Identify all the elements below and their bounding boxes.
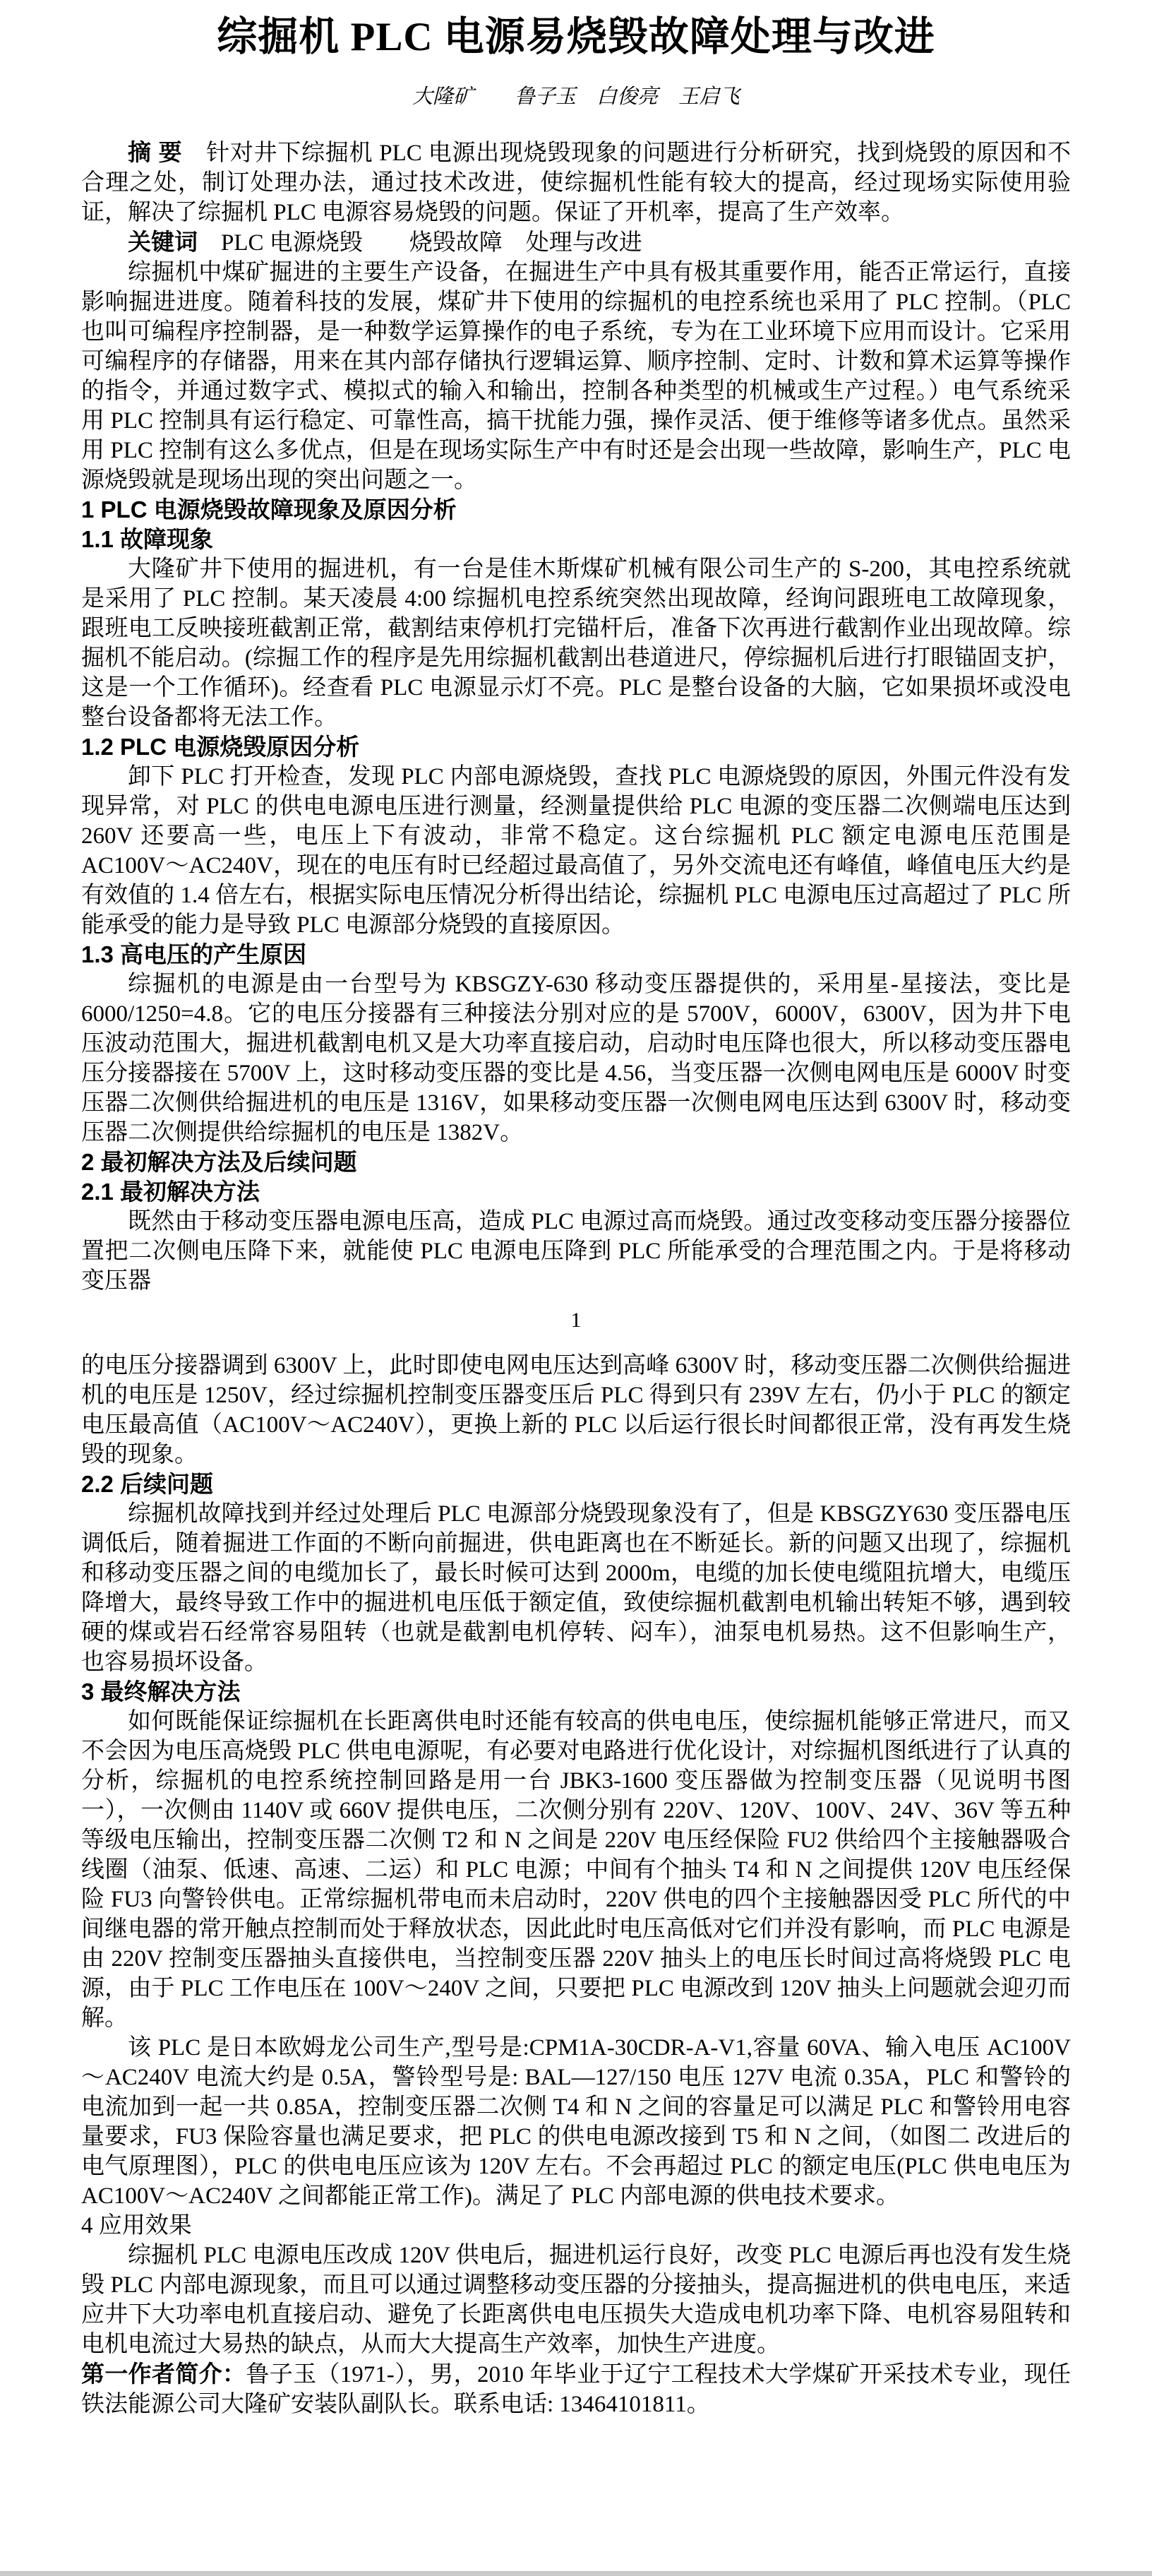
keywords-paragraph: 关键词 PLC 电源烧毁 烧毁故障 处理与改进 bbox=[81, 227, 1071, 258]
section-2-2-heading: 2.2 后续问题 bbox=[81, 1469, 1071, 1499]
section-2-1-paragraph-b: 的电压分接器调到 6300V 上，此时即使电网电压达到高峰 6300V 时，移动… bbox=[81, 1351, 1071, 1469]
abstract-paragraph: 摘 要 针对井下综掘机 PLC 电源出现烧毁现象的问题进行分析研究，找到烧毁的原… bbox=[81, 138, 1071, 227]
section-2-2-paragraph: 综掘机故障找到并经过处理后 PLC 电源部分烧毁现象没有了，但是 KBSGZY6… bbox=[81, 1499, 1071, 1677]
paper-authors: 大隆矿 鲁子玉 白俊亮 王启飞 bbox=[81, 85, 1071, 109]
section-2-1-heading: 2.1 最初解决方法 bbox=[81, 1177, 1071, 1207]
keywords-label: 关键词 bbox=[128, 229, 198, 255]
abstract-label: 摘 要 bbox=[128, 139, 182, 165]
keywords-text: PLC 电源烧毁 烧毁故障 处理与改进 bbox=[221, 230, 642, 256]
page-number: 1 bbox=[81, 1306, 1071, 1335]
intro-paragraph: 综掘机中煤矿掘进的主要生产设备，在掘进生产中具有极其重要作用，能否正常运行，直接… bbox=[81, 258, 1071, 495]
section-3-paragraph-b: 该 PLC 是日本欧姆龙公司生产,型号是:CPM1A-30CDR-A-V1,容量… bbox=[81, 2033, 1071, 2211]
section-4-heading: 4 应用效果 bbox=[81, 2211, 1071, 2241]
paper-title: 综掘机 PLC 电源易烧毁故障处理与改进 bbox=[81, 11, 1071, 64]
section-2-heading: 2 最初解决方法及后续问题 bbox=[81, 1147, 1071, 1177]
author-bio-paragraph: 第一作者简介：鲁子玉（1971-），男，2010 年毕业于辽宁工程技术大学煤矿开… bbox=[81, 2359, 1071, 2419]
section-3-heading: 3 最终解决方法 bbox=[81, 1677, 1071, 1707]
author-bio-label: 第一作者简介： bbox=[81, 2361, 246, 2387]
section-2-1-paragraph-a: 既然由于移动变压器电源电压高，造成 PLC 电源过高而烧毁。通过改变移动变压器分… bbox=[81, 1207, 1071, 1296]
section-1-3-heading: 1.3 高电压的产生原因 bbox=[81, 940, 1071, 970]
section-1-1-heading: 1.1 故障现象 bbox=[81, 525, 1071, 554]
section-1-1-paragraph: 大隆矿井下使用的掘进机，有一台是佳木斯煤矿机械有限公司生产的 S-200，其电控… bbox=[81, 554, 1071, 732]
window-bottom-edge bbox=[0, 2571, 1152, 2576]
section-4-paragraph: 综掘机 PLC 电源电压改成 120V 供电后，掘进机运行良好，改变 PLC 电… bbox=[81, 2241, 1071, 2359]
document-page: 综掘机 PLC 电源易烧毁故障处理与改进 大隆矿 鲁子玉 白俊亮 王启飞 摘 要… bbox=[0, 0, 1152, 2576]
section-1-2-heading: 1.2 PLC 电源烧毁原因分析 bbox=[81, 732, 1071, 762]
section-3-paragraph-a: 如何既能保证综掘机在长距离供电时还能有较高的供电电压，使综掘机能够正常进尺，而又… bbox=[81, 1707, 1071, 2033]
abstract-text: 针对井下综掘机 PLC 电源出现烧毁现象的问题进行分析研究，找到烧毁的原因和不合… bbox=[81, 141, 1071, 225]
section-1-3-paragraph: 综掘机的电源是由一台型号为 KBSGZY-630 移动变压器提供的，采用星-星接… bbox=[81, 970, 1071, 1147]
section-1-heading: 1 PLC 电源烧毁故障现象及原因分析 bbox=[81, 495, 1071, 525]
section-1-2-paragraph: 卸下 PLC 打开检查，发现 PLC 内部电源烧毁，查找 PLC 电源烧毁的原因… bbox=[81, 762, 1071, 940]
